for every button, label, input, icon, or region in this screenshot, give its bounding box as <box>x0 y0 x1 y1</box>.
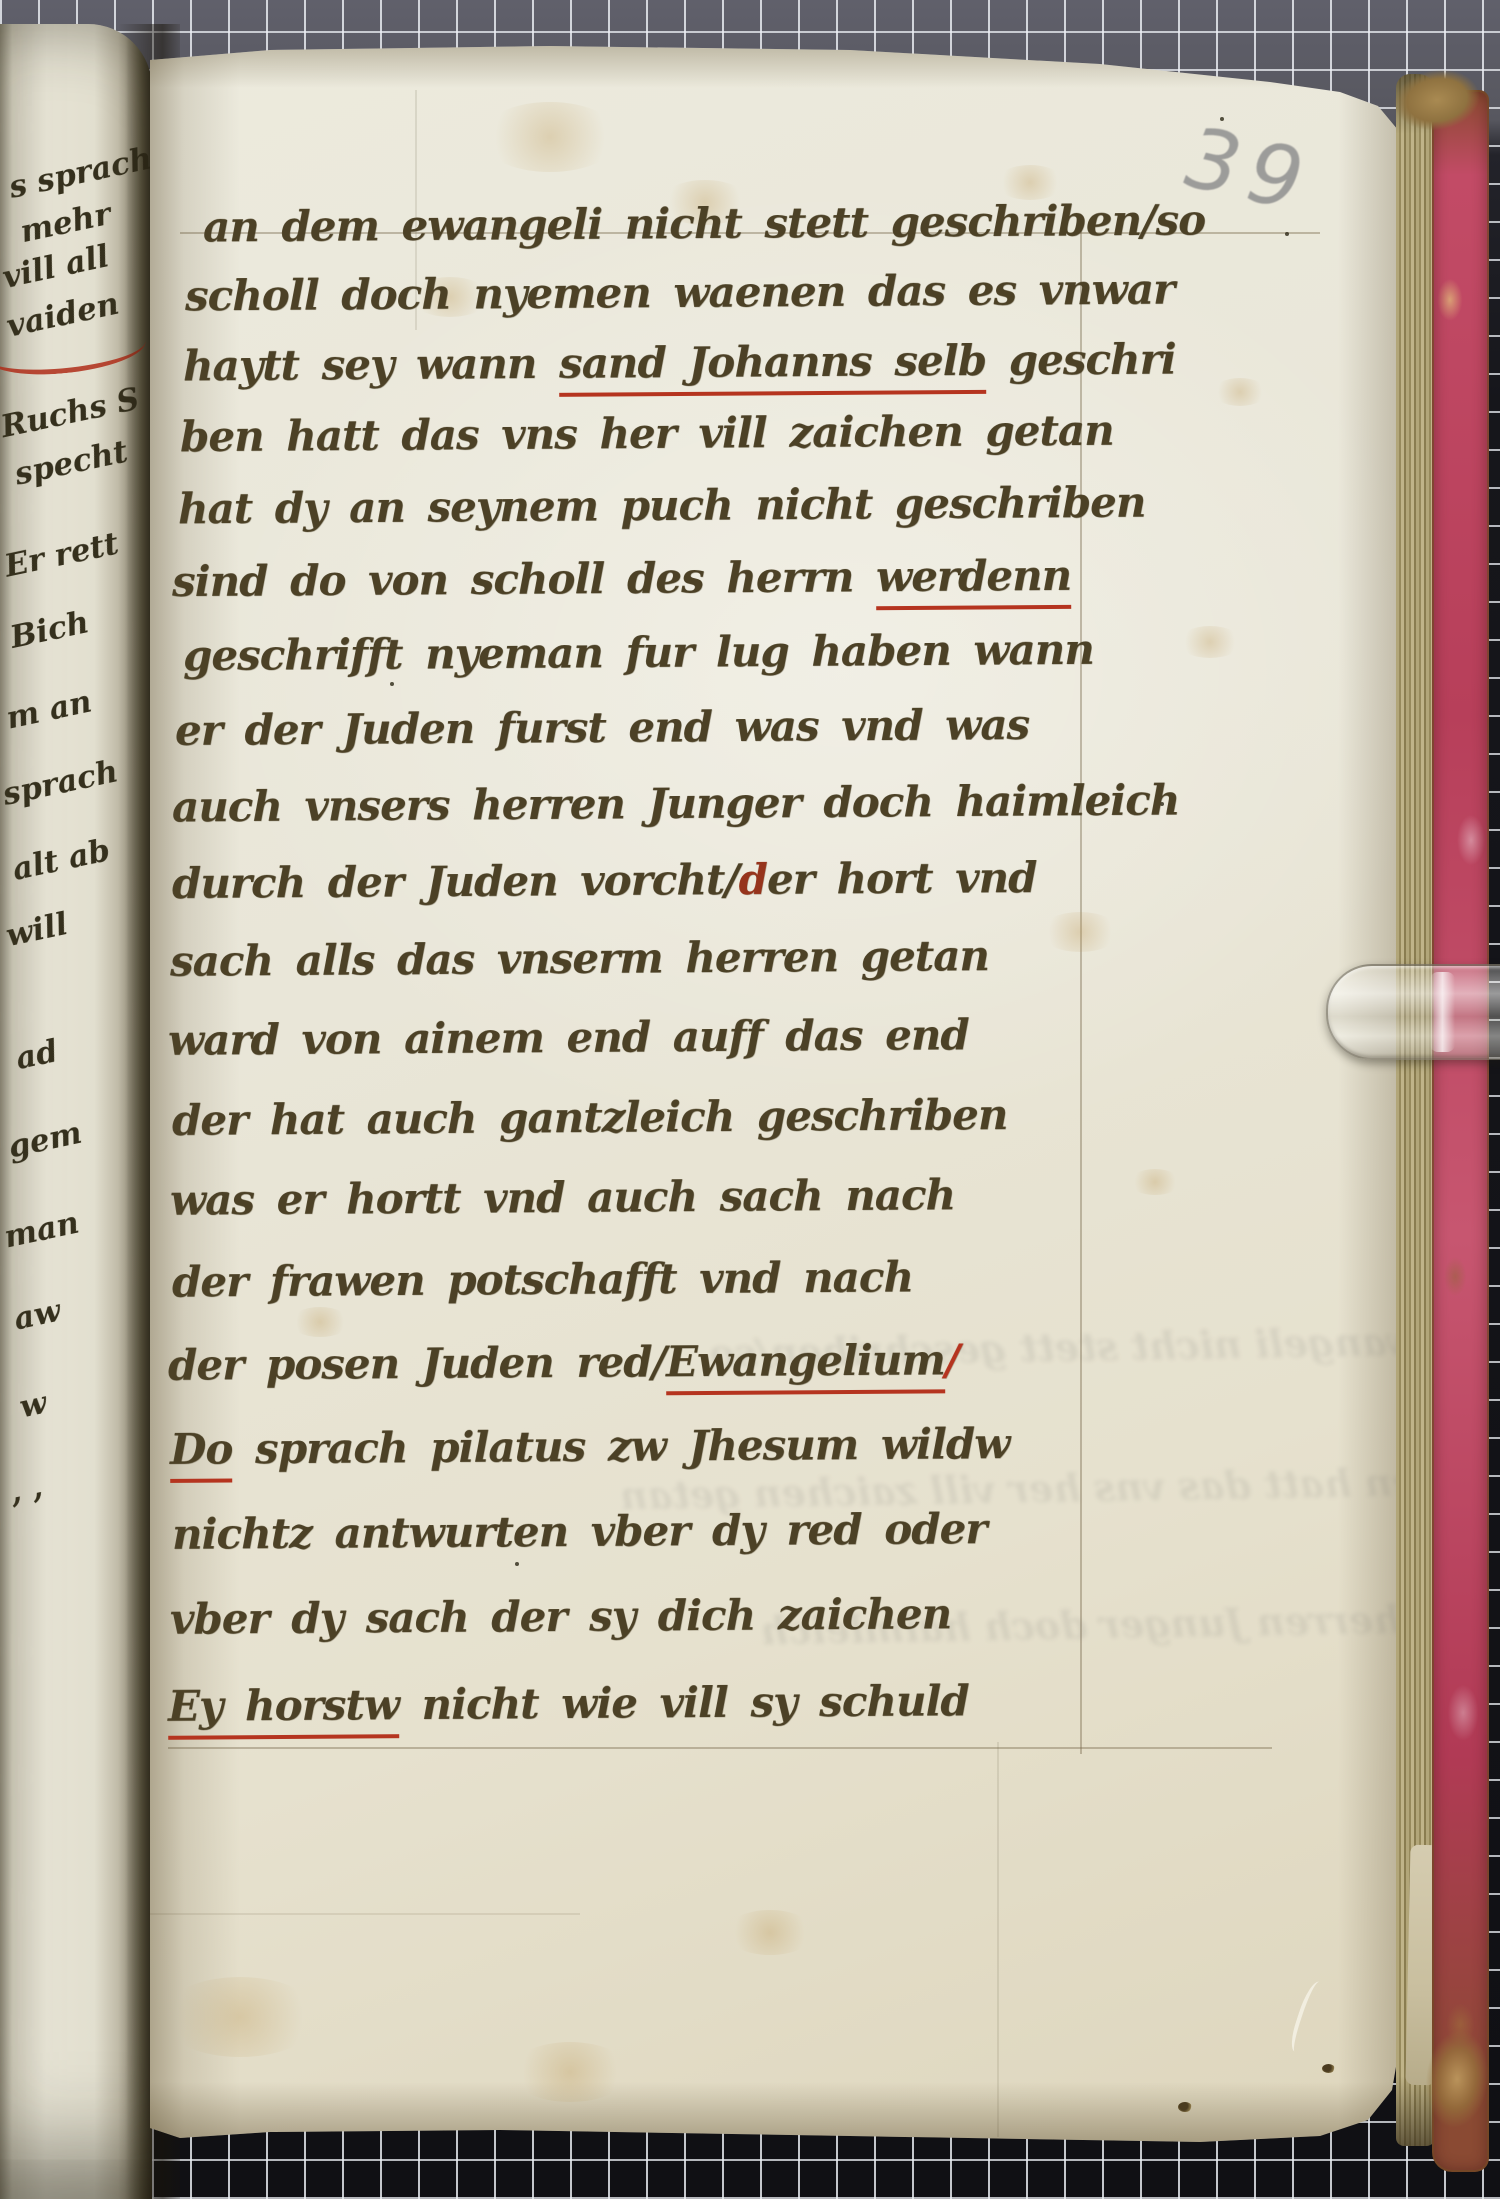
text-line: durch der Juden vorcht/der hort vnd <box>172 857 1037 905</box>
clip-sheen <box>1430 972 1455 1053</box>
text-line: sach alls das vnserm herren getan <box>170 935 989 983</box>
foxing-spot <box>1129 1169 1181 1195</box>
text-line: Do sprach pilatus zw Jhesum wildw <box>170 1423 1010 1471</box>
facing-page-text-fragment: alt ab <box>10 835 113 886</box>
foxing-spot <box>1040 912 1120 952</box>
facing-page-text-fragment: w <box>17 1388 50 1424</box>
dust-speck <box>1285 232 1289 236</box>
text-line: er der Juden furst end was vnd was <box>175 704 1029 752</box>
text-line: der posen Juden red/Ewangelium/ <box>168 1339 959 1387</box>
photograph-of-manuscript: { "manuscript": { "page_number": "39", "… <box>0 0 1500 2199</box>
text-segment: sind do von scholl des herrn <box>172 552 876 606</box>
facing-page-text-fragment: Er rett <box>2 528 121 582</box>
facing-page-text-fragment: man <box>2 1207 82 1253</box>
text-segment: er hort vnd <box>767 853 1037 904</box>
text-line: der hat auch gantzleich geschriben <box>172 1094 1008 1142</box>
text-line: an dem ewangeli nicht stett geschriben/s… <box>203 200 1205 249</box>
text-segment: sprach pilatus zw Jhesum wildw <box>232 1419 1009 1473</box>
facing-page-text-fragment: vill all <box>0 241 112 294</box>
facing-page-text-fragment: sprach <box>0 756 121 811</box>
wormhole <box>1322 2064 1335 2073</box>
wormhole <box>1178 2102 1192 2112</box>
facing-page-text-fragment: Bich <box>8 607 92 654</box>
text-segment: sach alls das vnserm herren getan <box>170 931 989 986</box>
text-segment: geschri <box>986 335 1176 385</box>
page-crease <box>997 1742 999 2137</box>
text-segment: nichtz antwurten vber dy red oder <box>172 1504 987 1559</box>
facing-page-text-fragment: , , <box>7 1472 45 1509</box>
text-segment: / <box>945 1335 960 1384</box>
text-segment: was er hortt vnd auch sach nach <box>170 1170 955 1224</box>
foxing-spot <box>725 1910 815 1955</box>
foxing-spot <box>510 2042 630 2102</box>
text-line: haytt sey wann sand Johanns selb geschri <box>183 339 1176 388</box>
text-segment: scholl doch nyemen waenen das es vnwar <box>185 265 1175 321</box>
text-line: sind do von scholl des herrn werdenn <box>172 555 1071 603</box>
text-line: vber dy sach der sy dich zaichen <box>170 1593 951 1640</box>
dust-speck <box>390 682 394 686</box>
text-segment: durch der Juden vorcht/ <box>172 855 739 908</box>
text-line: der frawen potschafft vnd nach <box>172 1256 913 1303</box>
text-segment: Ey horstw <box>168 1680 399 1740</box>
text-line: ben hatt das vns her vill zaichen getan <box>180 410 1114 459</box>
text-segment: vber dy sach der sy dich zaichen <box>170 1589 952 1643</box>
text-line: Ey horstw nicht wie vill sy schuld <box>168 1680 969 1728</box>
foxing-spot <box>995 165 1065 200</box>
foxing-spot <box>290 1307 350 1337</box>
ruling-bottom-line <box>168 1747 1272 1749</box>
text-segment: auch vnsers herren Junger doch haimleich <box>172 775 1180 831</box>
text-segment: ben hatt das vns her vill zaichen getan <box>180 406 1114 462</box>
facing-page-text-fragment: will <box>3 909 70 952</box>
text-line: geschrifft nyeman fur lug haben wann <box>183 629 1094 677</box>
facing-page-text-fragment: ad <box>13 1036 60 1075</box>
text-line: nichtz antwurten vber dy red oder <box>172 1508 987 1556</box>
text-line: was er hortt vnd auch sach nach <box>170 1174 955 1221</box>
text-line: hat dy an seynem puch nicht geschriben <box>178 482 1146 531</box>
text-segment: nicht wie vill sy schuld <box>399 1676 969 1729</box>
text-segment: haytt sey wann <box>183 339 559 391</box>
text-segment: Ewangelium <box>666 1335 945 1395</box>
text-segment: sand Johanns selb <box>559 336 986 397</box>
ruling-lower-faint-line <box>150 1913 580 1915</box>
text-segment: der hat auch gantzleich geschriben <box>172 1090 1008 1145</box>
ruling-right-line <box>1080 228 1082 1754</box>
text-line: auch vnsers herren Junger doch haimleich <box>172 779 1180 828</box>
text-line: scholl doch nyemen waenen das es vnwar <box>185 269 1174 318</box>
foxing-spot <box>480 102 620 172</box>
facing-page-text-fragment: specht <box>12 436 131 490</box>
foxing-spot <box>160 1977 320 2057</box>
text-segment: geschrifft nyeman fur lug haben wann <box>183 625 1094 680</box>
book-cover-edge <box>1432 90 1489 2172</box>
leaf-edges-stack <box>1396 74 1436 2146</box>
facing-page-text-fragment: m an <box>4 686 95 734</box>
dust-speck <box>515 1562 519 1566</box>
foxing-spot <box>1212 378 1268 406</box>
facing-page-text-fragment: gem <box>6 1118 85 1164</box>
text-segment: werdenn <box>876 551 1072 610</box>
plastic-clip <box>1326 964 1500 1060</box>
text-line: ward von ainem end auff das end <box>168 1014 969 1062</box>
facing-page-text-fragment: aw <box>11 1295 63 1335</box>
manuscript-page: 39 an dem ewangeli nicht stett geschribe… <box>150 42 1408 2142</box>
text-segment: der frawen potschafft vnd nach <box>172 1252 913 1306</box>
foxing-spot <box>1178 626 1242 658</box>
text-segment: Do <box>170 1424 233 1482</box>
text-segment: der posen Juden red/ <box>168 1337 666 1389</box>
text-segment: er der Juden furst end was vnd was <box>175 700 1030 755</box>
text-segment: ward von ainem end auff das end <box>168 1010 969 1065</box>
text-segment: hat dy an seynem puch nicht geschriben <box>178 478 1146 534</box>
text-segment: d <box>738 855 767 904</box>
text-segment: an dem ewangeli nicht stett geschriben/s… <box>203 196 1205 252</box>
page-scratch <box>1287 1979 1329 2056</box>
